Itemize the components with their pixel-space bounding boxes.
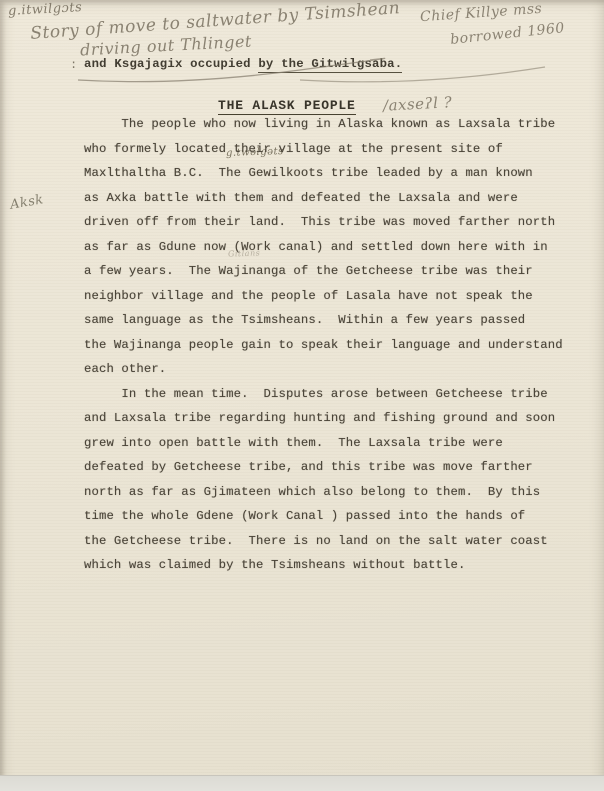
typed-colon-mark: :	[70, 58, 77, 72]
typed-line: Maxlthaltha B.C. The Gewilkoots tribe le…	[84, 161, 570, 186]
typed-header-line: and Ksgajagix occupied by the Gitwilgsab…	[84, 57, 402, 71]
typed-line: driven off from their land. This tribe w…	[84, 210, 570, 235]
handwritten-chief-note-line1: Chief Killye mss	[420, 1, 543, 25]
typed-line: as far as Gdune now (Work canal) and set…	[84, 235, 570, 260]
handwritten-borrowed-note: borrowed 1960	[449, 20, 565, 48]
typed-line: each other.	[84, 357, 570, 382]
typed-line: In the mean time. Disputes arose between…	[84, 382, 570, 407]
typed-line: a few years. The Wajinanga of the Getche…	[84, 259, 570, 284]
typed-line: same language as the Tsimsheans. Within …	[84, 308, 570, 333]
typed-line: the Getcheese tribe. There is no land on…	[84, 529, 570, 554]
typed-line: grew into open battle with them. The Lax…	[84, 431, 570, 456]
typed-line: the Wajinanga people gain to speak their…	[84, 333, 570, 358]
typed-line: The people who now living in Alaska know…	[84, 112, 570, 137]
typed-line: time the whole Gdene (Work Canal ) passe…	[84, 504, 570, 529]
scan-bottom-edge	[0, 775, 604, 791]
underlined-text: by the Gitwilgsaba.	[258, 57, 402, 73]
typed-line: north as far as Gjimateen which also bel…	[84, 480, 570, 505]
typed-line: as Axka battle with them and defeated th…	[84, 186, 570, 211]
typed-line: defeated by Getcheese tribe, and this tr…	[84, 455, 570, 480]
typed-line: neighbor village and the people of Lasal…	[84, 284, 570, 309]
handwritten-phonetic-top-left: g.itwilgɔts	[8, 0, 83, 19]
manuscript-page: g.itwilgɔts Story of move to saltwater b…	[0, 0, 604, 791]
handwritten-margin-note: Aksk	[9, 192, 45, 213]
typed-line: and Laxsala tribe regarding hunting and …	[84, 406, 570, 431]
struck-text: and Ksgajagix occupied	[84, 57, 258, 71]
typed-line: who formely located their village at the…	[84, 137, 570, 162]
typed-line: which was claimed by the Tsimsheans with…	[84, 553, 570, 578]
typed-body: The people who now living in Alaska know…	[84, 112, 570, 578]
